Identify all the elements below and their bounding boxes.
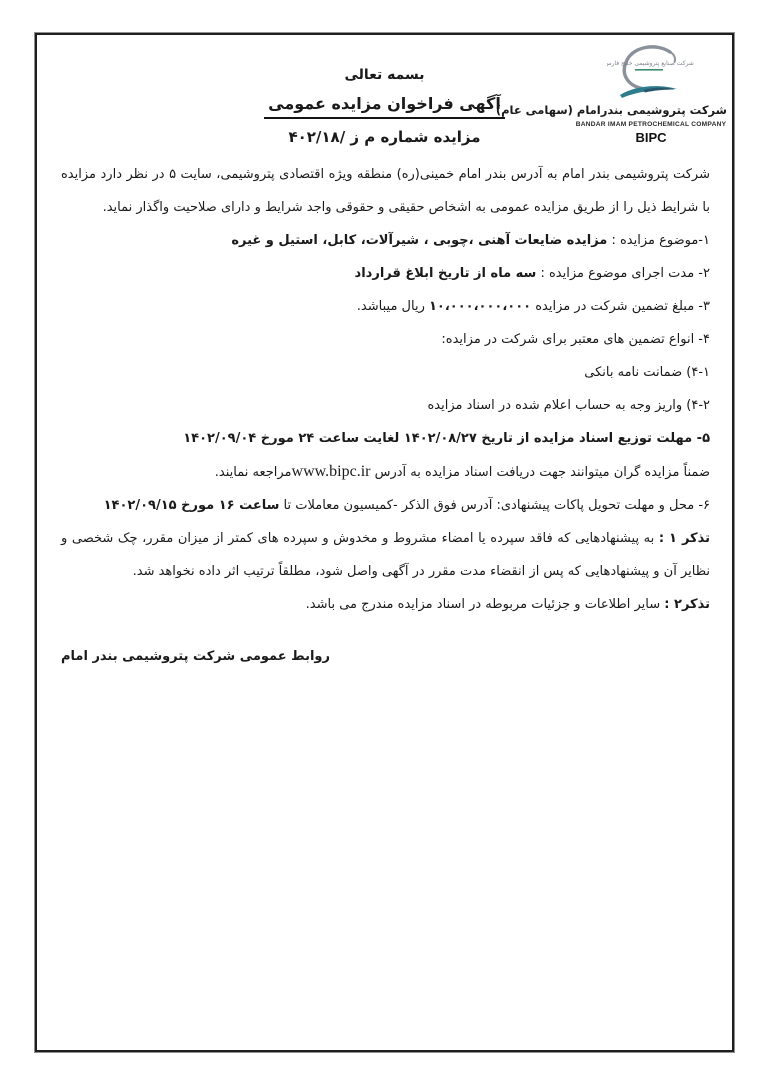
item-1-label: ۱-موضوع مزایده :	[607, 233, 710, 248]
notice-line-item-4-2: ۴-۲) واریز وجه به حساب اعلام شده در اسنا…	[61, 389, 710, 422]
persian-gulf-holding-mark-icon: شرکت صنایع پتروشیمی خلیج فارس	[607, 44, 695, 102]
website-line-suffix: مراجعه نمایند.	[215, 465, 292, 480]
item-6-deadline: ساعت ۱۶ مورخ ۱۴۰۲/۰۹/۱۵	[104, 498, 280, 513]
note-2-text: سایر اطلاعات و جزئیات مربوطه در اسناد مز…	[306, 597, 665, 612]
item-3-amount: ۱۰،۰۰۰،۰۰۰،۰۰۰	[429, 299, 531, 314]
notice-line-item-2: ۲- مدت اجرای موضوع مزایده : سه ماه از تا…	[61, 257, 710, 290]
item-2-label: ۲- مدت اجرای موضوع مزایده :	[536, 266, 710, 281]
logo-divider-line	[635, 69, 663, 71]
document-border-frame: شرکت صنایع پتروشیمی خلیج فارس شرکت پتروش…	[35, 33, 734, 1052]
company-logo: شرکت صنایع پتروشیمی خلیج فارس شرکت پتروش…	[575, 44, 727, 145]
logo-teal-swoosh	[620, 86, 677, 98]
item-2-value: سه ماه از تاریخ ابلاغ قرارداد	[355, 266, 537, 281]
website-url: www.bipc.ir	[292, 463, 371, 480]
notice-line-item-4-1: ۴-۱) ضمانت نامه بانکی	[61, 356, 710, 389]
public-relations-signature: روابط عمومی شرکت پتروشیمی بندر امام	[61, 640, 710, 673]
logo-company-calligraphy: شرکت پتروشیمی بندرامام (سهامی عام)	[575, 103, 727, 117]
notice-line-item-3: ۳- مبلغ تضمین شرکت در مزایده ۱۰،۰۰۰،۰۰۰،…	[61, 290, 710, 323]
intro-paragraph: شرکت پتروشیمی بندر امام به آدرس بندر اما…	[61, 158, 710, 224]
item-3-label: ۳- مبلغ تضمین شرکت در مزایده	[531, 299, 710, 314]
note-1: تذکر ۱ : به پیشنهادهایی که فاقد سپرده یا…	[61, 522, 710, 588]
item-4-1-label: ۴-۱) ضمانت نامه بانکی	[584, 365, 710, 380]
item-1-value: مزایده ضایعات آهنی ،چوبی ، شیرآلات، کابل…	[231, 233, 607, 248]
note-2-label: تذکر۲ :	[664, 597, 710, 612]
document-body: شرکت پتروشیمی بندر امام به آدرس بندر اما…	[37, 146, 732, 673]
item-4-2-label: ۴-۲) واریز وجه به حساب اعلام شده در اسنا…	[427, 398, 710, 413]
notice-line-item-6: ۶- محل و مهلت تحویل پاکات پیشنهادی: آدرس…	[61, 489, 710, 522]
notice-line-item-1: ۱-موضوع مزایده : مزایده ضایعات آهنی ،چوب…	[61, 224, 710, 257]
note-2: تذکر۲ : سایر اطلاعات و جزئیات مربوطه در …	[61, 588, 710, 621]
logo-company-name-en: BANDAR IMAM PETROCHEMICAL COMPANY	[575, 121, 727, 128]
logo-abbreviation: BIPC	[575, 130, 727, 145]
item-6-label: ۶- محل و مهلت تحویل پاکات پیشنهادی: آدرس…	[279, 498, 710, 513]
logo-mark-text: شرکت صنایع پتروشیمی خلیج فارس	[607, 60, 694, 67]
notice-line-item-4: ۴- انواع تضمین های معتبر برای شرکت در مز…	[61, 323, 710, 356]
announcement-title-text: آگهی فراخوان مزایده عمومی	[264, 94, 505, 119]
website-line-prefix: ضمناً مزایده گران میتوانند جهت دریافت اس…	[370, 465, 710, 480]
website-line: ضمناً مزایده گران میتوانند جهت دریافت اس…	[61, 455, 710, 489]
note-1-label: تذکر ۱ :	[659, 531, 710, 546]
item-5-deadline: ۵- مهلت توزیع اسناد مزایده از تاریخ ۱۴۰۲…	[183, 431, 710, 446]
item-4-label: ۴- انواع تضمین های معتبر برای شرکت در مز…	[441, 332, 710, 347]
notice-line-item-5: ۵- مهلت توزیع اسناد مزایده از تاریخ ۱۴۰۲…	[61, 422, 710, 455]
note-1-text: به پیشنهادهایی که فاقد سپرده یا امضاء مش…	[61, 531, 710, 579]
